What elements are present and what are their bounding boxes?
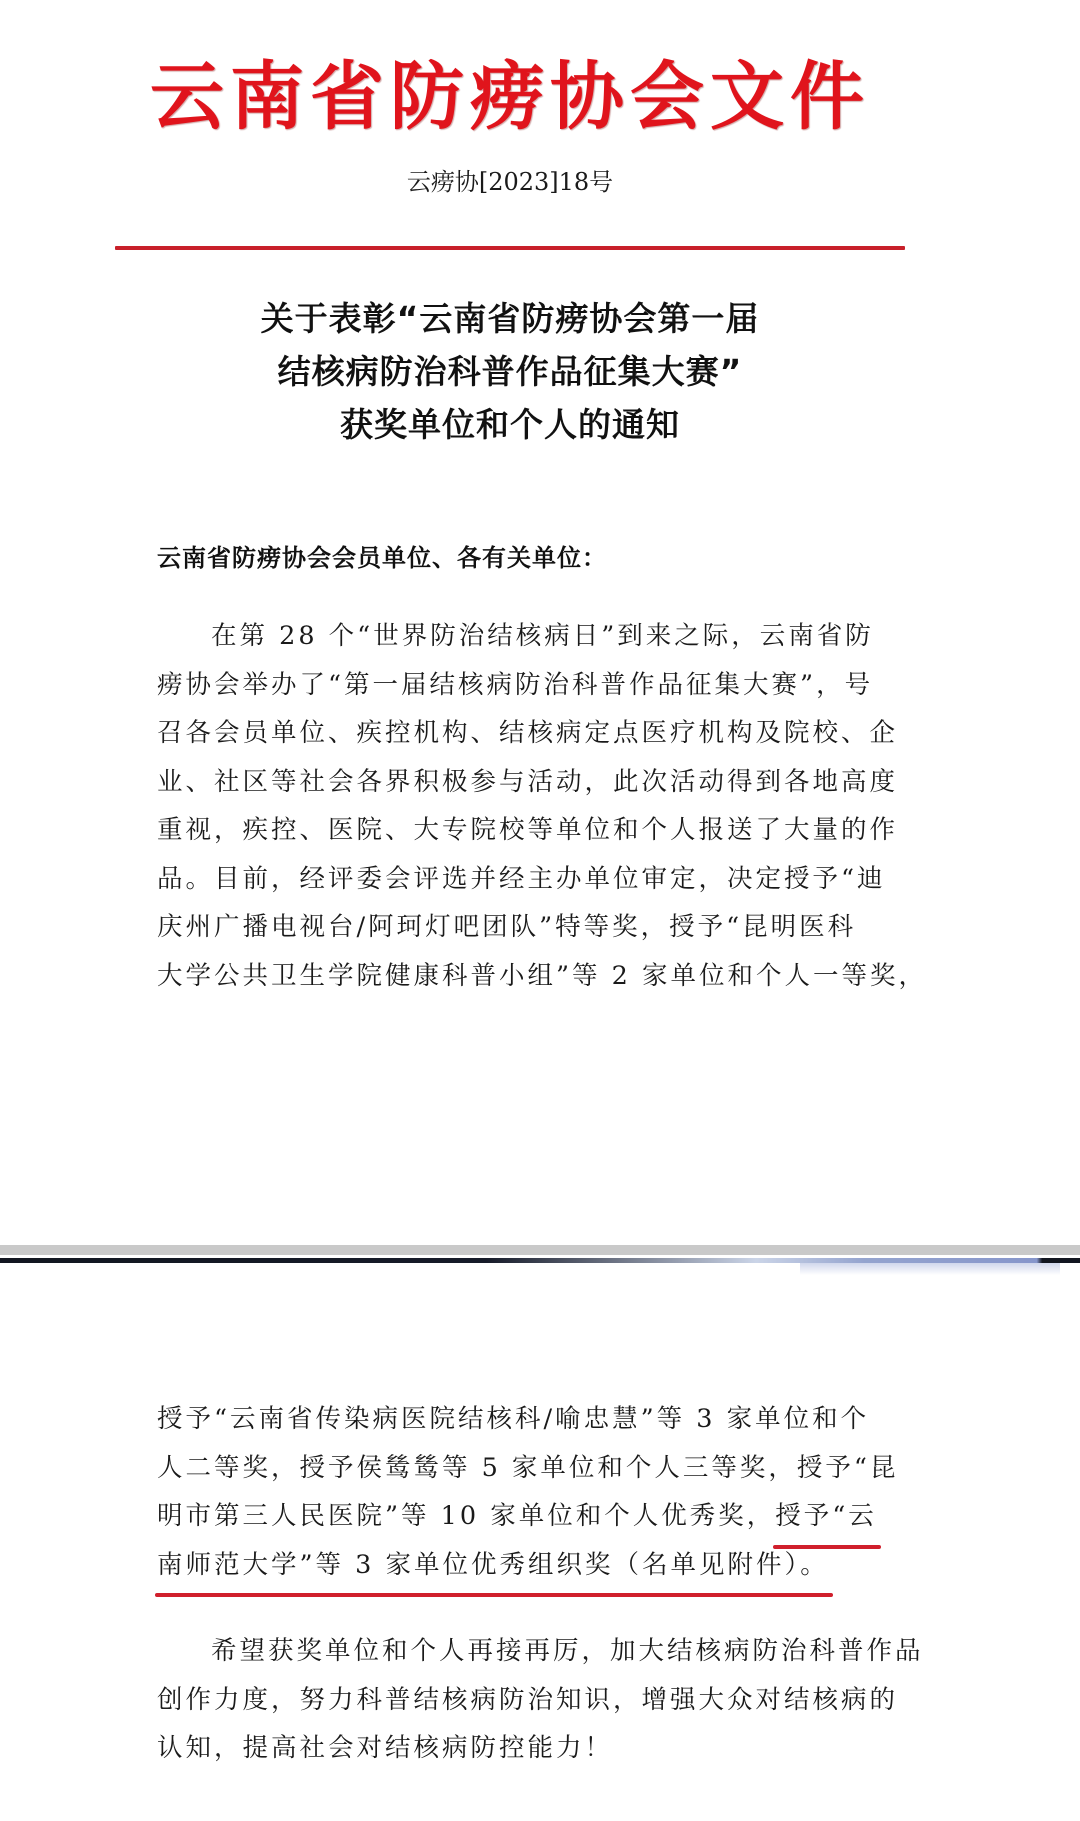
notice-title: 关于表彰“云南省防痨协会第一届 结核病防治科普作品征集大赛” 获奖单位和个人的通… [0, 292, 1050, 451]
paragraph-line: 希望获奖单位和个人再接再厉，加大结核病防治科普作品 [157, 1627, 887, 1676]
scan-edge-shadow [800, 1263, 1060, 1275]
paragraph-line: 庆州广播电视台/阿珂灯吧团队”特等奖，授予“昆明医科 [157, 903, 887, 952]
org-header-title: 云南省防痨协会文件 [0, 38, 1050, 144]
paragraph-line: 认知，提高社会对结核病防控能力！ [157, 1724, 887, 1773]
document-number: 云痨协[2023]18号 [0, 162, 1050, 197]
header-red-divider [115, 246, 905, 250]
paragraph-line: 授予“云南省传染病医院结核科/喻忠慧”等 3 家单位和个 [157, 1395, 887, 1444]
paragraph-line: 人二等奖，授予侯鸶鸶等 5 家单位和个人三等奖，授予“昆 [157, 1444, 887, 1493]
title-line: 结核病防治科普作品征集大赛” [0, 345, 1050, 398]
paragraph-line: 大学公共卫生学院健康科普小组”等 2 家单位和个人一等奖， [157, 952, 887, 1001]
title-line: 关于表彰“云南省防痨协会第一届 [0, 292, 1050, 345]
paragraph-line: 创作力度，努力科普结核病防治知识，增强大众对结核病的 [157, 1676, 887, 1725]
paragraph-line: 品。目前，经评委会评选并经主办单位审定，决定授予“迪 [157, 855, 887, 904]
closing-paragraph: 希望获奖单位和个人再接再厉，加大结核病防治科普作品 创作力度，努力科普结核病防治… [157, 1627, 887, 1773]
paragraph-line: 在第 28 个“世界防治结核病日”到来之际，云南省防 [157, 612, 887, 661]
title-line: 获奖单位和个人的通知 [0, 398, 1050, 451]
body-paragraph-2: 授予“云南省传染病医院结核科/喻忠慧”等 3 家单位和个 人二等奖，授予侯鸶鸶等… [157, 1395, 887, 1589]
highlighted-text: 南师范大学”等 3 家单位优秀组织奖（名单见附件）。 [157, 1541, 829, 1590]
paragraph-line: 南师范大学”等 3 家单位优秀组织奖（名单见附件）。 [157, 1541, 887, 1590]
paragraph-line: 明市第三人民医院”等 10 家单位和个人优秀奖，授予“云 [157, 1492, 887, 1541]
paragraph-line: 重视，疾控、医院、大专院校等单位和个人报送了大量的作 [157, 806, 887, 855]
paragraph-line: 业、社区等社会各界积极参与活动，此次活动得到各地高度 [157, 758, 887, 807]
page-separator [0, 1245, 1080, 1255]
paragraph-text: 明市第三人民医院”等 10 家单位和个人优秀奖， [157, 1501, 775, 1531]
paragraph-line: 痨协会举办了“第一届结核病防治科普作品征集大赛”，号 [157, 661, 887, 710]
salutation: 云南省防痨协会会员单位、各有关单位： [157, 538, 607, 573]
highlighted-text: 授予“云 [775, 1492, 877, 1541]
body-paragraph-1: 在第 28 个“世界防治结核病日”到来之际，云南省防 痨协会举办了“第一届结核病… [157, 612, 887, 1000]
document-page-1: 云南省防痨协会文件 云痨协[2023]18号 关于表彰“云南省防痨协会第一届 结… [0, 0, 1080, 1245]
paragraph-line: 召各会员单位、疾控机构、结核病定点医疗机构及院校、企 [157, 709, 887, 758]
